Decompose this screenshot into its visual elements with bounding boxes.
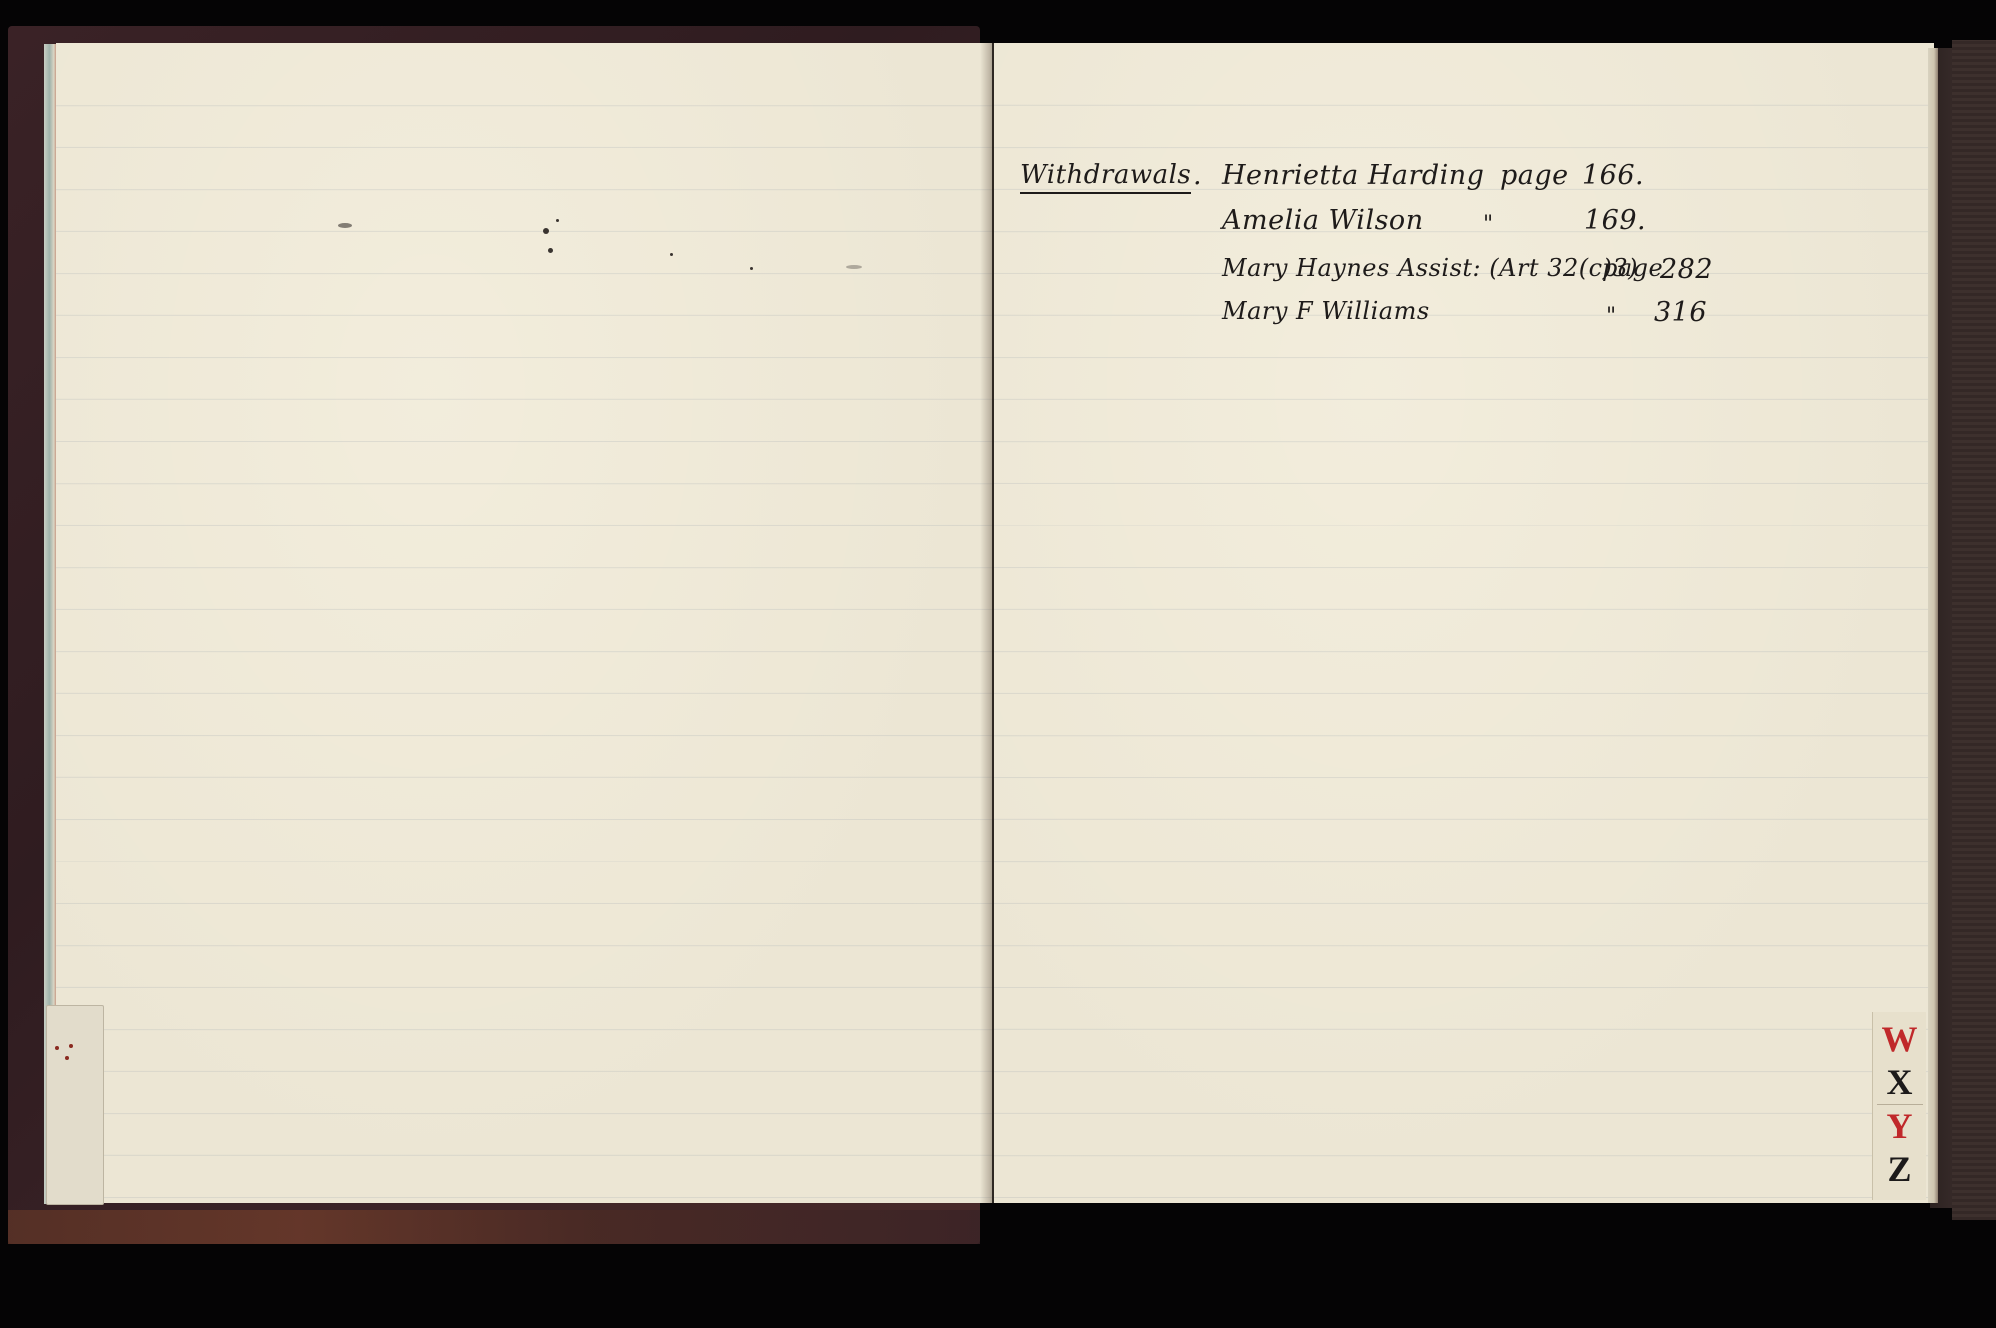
index-letter-x: X <box>1887 1061 1913 1104</box>
entry-name: Mary Haynes Assist: (Art 32(c)3) <box>1222 254 1638 282</box>
index-letter-y: Y <box>1887 1105 1913 1148</box>
entry-ref-label: page <box>1500 160 1569 191</box>
entry-name: Amelia Wilson <box>1222 205 1424 236</box>
right-page <box>994 43 1934 1203</box>
book-cover-right-edge <box>1952 40 1996 1220</box>
page-edges-right <box>1928 48 1938 1203</box>
ink-speck <box>543 228 549 234</box>
entry-page-number: 282 <box>1660 254 1713 285</box>
ink-speck <box>670 253 673 256</box>
left-index-tab <box>46 1005 104 1205</box>
ink-speck <box>338 223 352 228</box>
ink-speck <box>556 219 559 222</box>
entry-page-number: 316 <box>1654 297 1707 328</box>
alphabet-index-tab[interactable]: W X Y Z <box>1872 1012 1926 1200</box>
entry-page-number: 166. <box>1582 160 1644 191</box>
entry-name: Henrietta Harding <box>1222 160 1484 191</box>
index-letter-z: Z <box>1887 1148 1911 1191</box>
entry-ref-label: " <box>1483 212 1494 237</box>
entry-page-number: 169. <box>1584 205 1646 236</box>
index-letter-w: W <box>1882 1018 1918 1061</box>
heading-punctuation: . <box>1193 160 1202 191</box>
entry-ref-label: " <box>1606 304 1617 329</box>
ink-speck <box>548 248 553 253</box>
ink-speck <box>846 265 862 269</box>
entry-ref-label: page <box>1602 254 1663 282</box>
left-page <box>56 43 992 1203</box>
entry-name: Mary F Williams <box>1222 297 1430 325</box>
ink-speck <box>750 267 753 270</box>
withdrawals-heading: Withdrawals <box>1020 160 1191 194</box>
